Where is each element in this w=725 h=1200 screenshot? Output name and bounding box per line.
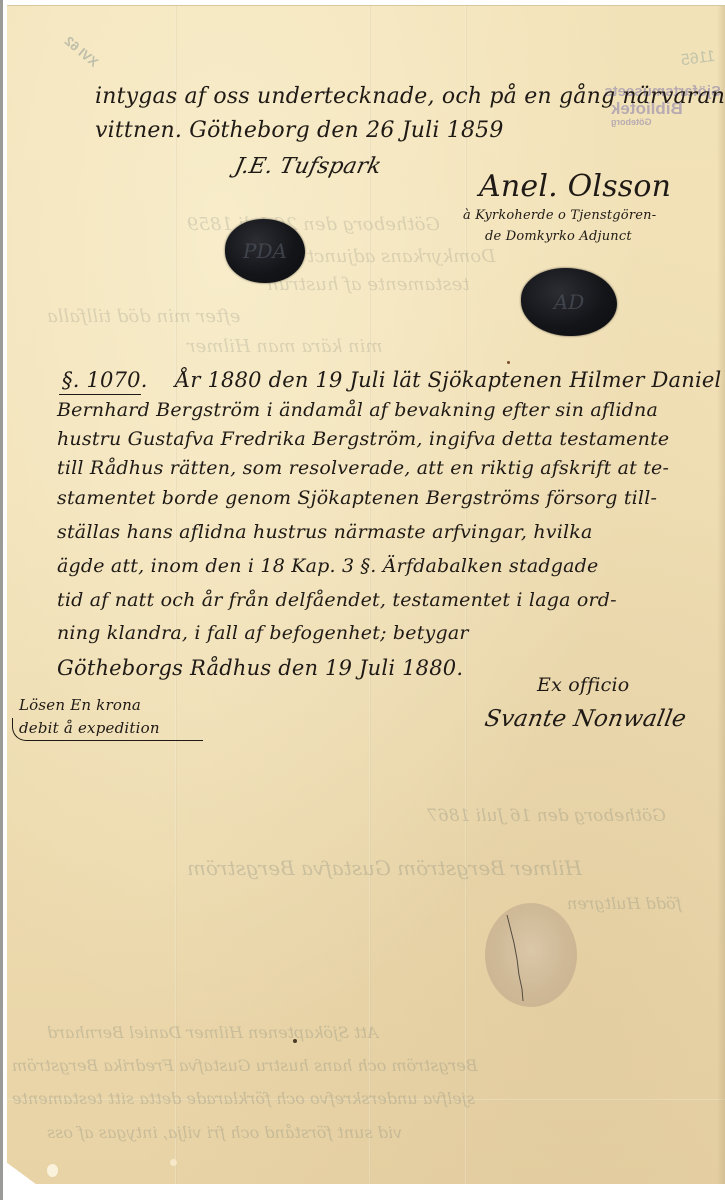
paper-spot: [47, 1164, 58, 1177]
paper-spot: [507, 361, 510, 364]
bleed-through-line: Hilmer Bergström Gustafva Bergström: [187, 856, 582, 880]
handwritten-line: Götheborgs Rådhus den 19 Juli 1880.: [57, 656, 463, 680]
margin-note-bracket: [12, 718, 203, 741]
bleed-through-line: Bergström och hans hustru Gustafva Fredr…: [12, 1056, 478, 1075]
handwritten-line: hustru Gustafva Fredrika Bergström, ingi…: [57, 428, 669, 450]
handwritten-line: till Rådhus rätten, som resolverade, att…: [57, 457, 669, 479]
signature-witness-2: Anel. Olsson: [479, 169, 671, 204]
scan-frame-edge: [0, 0, 3, 1200]
handwritten-line: År 1880 den 19 Juli lät Sjökaptenen Hilm…: [175, 368, 721, 392]
bleed-through-line: testamente af hustrun: [267, 274, 470, 295]
bleed-through-line: efter min död tillfalla: [47, 306, 240, 327]
handwritten-line: stamentet borde genom Sjökaptenen Bergst…: [57, 487, 657, 509]
bleed-through-line: min kära man Hilmer: [187, 336, 383, 357]
reference-number: §. 1070.: [62, 368, 148, 392]
stamp-number: 1165: [680, 48, 717, 71]
handwritten-line: ägde att, inom den i 18 Kap. 3 §. Ärfdab…: [57, 555, 598, 577]
seal-monogram: AD: [521, 290, 617, 314]
witness-2-title: de Domkyrko Adjunct: [485, 229, 632, 244]
bleed-through-line: Götheborg den 26 Juli 1859: [187, 214, 440, 235]
bleed-through-line: född Hultgren: [567, 894, 682, 913]
handwritten-line: ställas hans aflidna hustrus närmaste ar…: [57, 521, 593, 543]
handwritten-line: vittnen. Götheborg den 26 Juli 1859: [95, 118, 504, 143]
paper-spot: [170, 1159, 177, 1166]
reference-underline: [59, 394, 141, 395]
paper-sheet: XVI 62 Götheborg den 26 Juli 1859 Domkyr…: [7, 5, 725, 1184]
handwritten-line: tid af natt och år från delfåendet, test…: [57, 589, 617, 611]
stamp-line: Göteborg: [611, 118, 721, 127]
bleed-through-line: sjelfva underskrefvo och förklarade dett…: [12, 1089, 475, 1108]
handwritten-line: ning klandra, i fall af befogenhet; bety…: [57, 622, 469, 644]
handwritten-line: Bernhard Bergström i ändamål af bevaknin…: [57, 399, 658, 421]
archive-corner-mark: XVI 62: [62, 33, 102, 70]
bleed-through-line: Domkyrkans adjunct: [307, 246, 496, 267]
witness-2-title: à Kyrkoherde o Tjenstgören-: [463, 208, 656, 223]
bleed-through-line: Götheborg den 16 Juli 1867: [427, 806, 666, 826]
document-scan: XVI 62 Götheborg den 26 Juli 1859 Domkyr…: [0, 0, 725, 1200]
paper-edge-shadow: [717, 6, 725, 1184]
bleed-through-line: Att Sjökaptenen Hilmer Daniel Bernhard: [47, 1023, 378, 1042]
signature-witness-1: J.E. Tufspark: [232, 154, 383, 179]
paper-seal: [485, 903, 577, 1007]
handwritten-line: intygas af oss undertecknade, och på en …: [95, 84, 725, 109]
bleed-through-line: vid sunt förstånd och fri vilja, intygas…: [47, 1123, 402, 1142]
wax-seal-pda: PDA: [225, 219, 305, 283]
seal-monogram: PDA: [225, 239, 305, 263]
seal-crack-icon: [505, 913, 527, 1003]
ex-officio-label: Ex officio: [537, 674, 629, 696]
margin-note-line: Lösen En krona: [19, 696, 141, 714]
signature-court-clerk: Svante Nonwalle: [483, 706, 689, 732]
wax-seal-ad: AD: [521, 268, 617, 336]
